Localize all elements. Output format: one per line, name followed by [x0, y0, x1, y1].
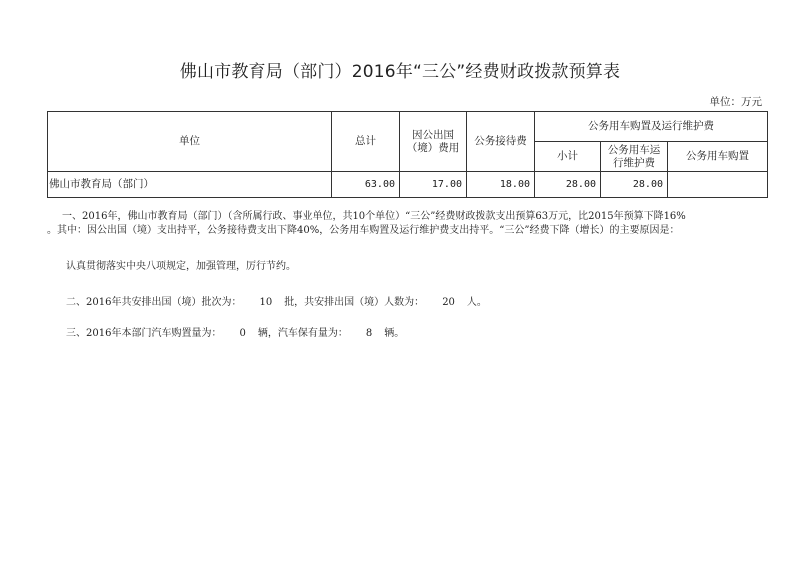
unit-label: 单位：万元 — [710, 94, 763, 109]
summary-line-1: 一、2016年，佛山市教育局（部门）（含所属行政、事业单位，共10个单位）“三公… — [47, 210, 767, 224]
header-overseas: 因公出国（境）费用 — [400, 112, 467, 172]
vehicles-suffix: 辆。 — [384, 328, 404, 339]
cell-vehicle-subtotal: 28.00 — [535, 172, 601, 198]
overseas-people-value: 20 — [442, 297, 455, 308]
header-total: 总计 — [332, 112, 400, 172]
overseas-suffix: 人。 — [467, 297, 487, 308]
overseas-middle: 批，共安排出国（境）人数为： — [284, 297, 424, 308]
summary-line-2: 。其中：因公出国（境）支出持平，公务接待费支出下降40%，公务用车购置及运行维护… — [47, 224, 767, 238]
overseas-prefix: 二、2016年共安排出国（境）批次为： — [66, 297, 241, 308]
paragraph-summary: 一、2016年，佛山市教育局（部门）（含所属行政、事业单位，共10个单位）“三公… — [47, 210, 767, 238]
vehicles-prefix: 三、2016年本部门汽车购置量为： — [66, 328, 221, 339]
vehicles-purchased-value: 0 — [239, 328, 245, 339]
header-vehicle-subtotal: 小计 — [535, 142, 601, 172]
cell-total: 63.00 — [332, 172, 400, 198]
cell-overseas: 17.00 — [400, 172, 467, 198]
paragraph-overseas-trips: 二、2016年共安排出国（境）批次为：10批，共安排出国（境）人数为：20人。 — [66, 296, 786, 310]
budget-table: 单位 总计 因公出国（境）费用 公务接待费 公务用车购置及运行维护费 小计 公务… — [47, 111, 768, 198]
vehicles-middle: 辆，汽车保有量为： — [258, 328, 348, 339]
table-row: 佛山市教育局（部门） 63.00 17.00 18.00 28.00 28.00 — [48, 172, 768, 198]
overseas-batches-value: 10 — [259, 297, 272, 308]
header-row-1: 单位 总计 因公出国（境）费用 公务接待费 公务用车购置及运行维护费 — [48, 112, 768, 142]
paragraph-reason: 认真贯彻落实中央八项规定，加强管理，厉行节约。 — [66, 260, 786, 274]
paragraph-vehicles: 三、2016年本部门汽车购置量为：0辆，汽车保有量为：8辆。 — [66, 327, 786, 341]
cell-vehicle-purchase — [668, 172, 768, 198]
cell-vehicle-operation: 28.00 — [601, 172, 668, 198]
header-unit: 单位 — [48, 112, 332, 172]
vehicles-owned-value: 8 — [366, 328, 372, 339]
header-vehicle-operation: 公务用车运行维护费 — [601, 142, 668, 172]
header-vehicle-purchase: 公务用车购置 — [668, 142, 768, 172]
cell-unit: 佛山市教育局（部门） — [48, 172, 332, 198]
header-reception: 公务接待费 — [467, 112, 535, 172]
cell-reception: 18.00 — [467, 172, 535, 198]
document-title: 佛山市教育局（部门）2016年“三公”经费财政拨款预算表 — [0, 57, 800, 82]
header-vehicle-group: 公务用车购置及运行维护费 — [535, 112, 768, 142]
